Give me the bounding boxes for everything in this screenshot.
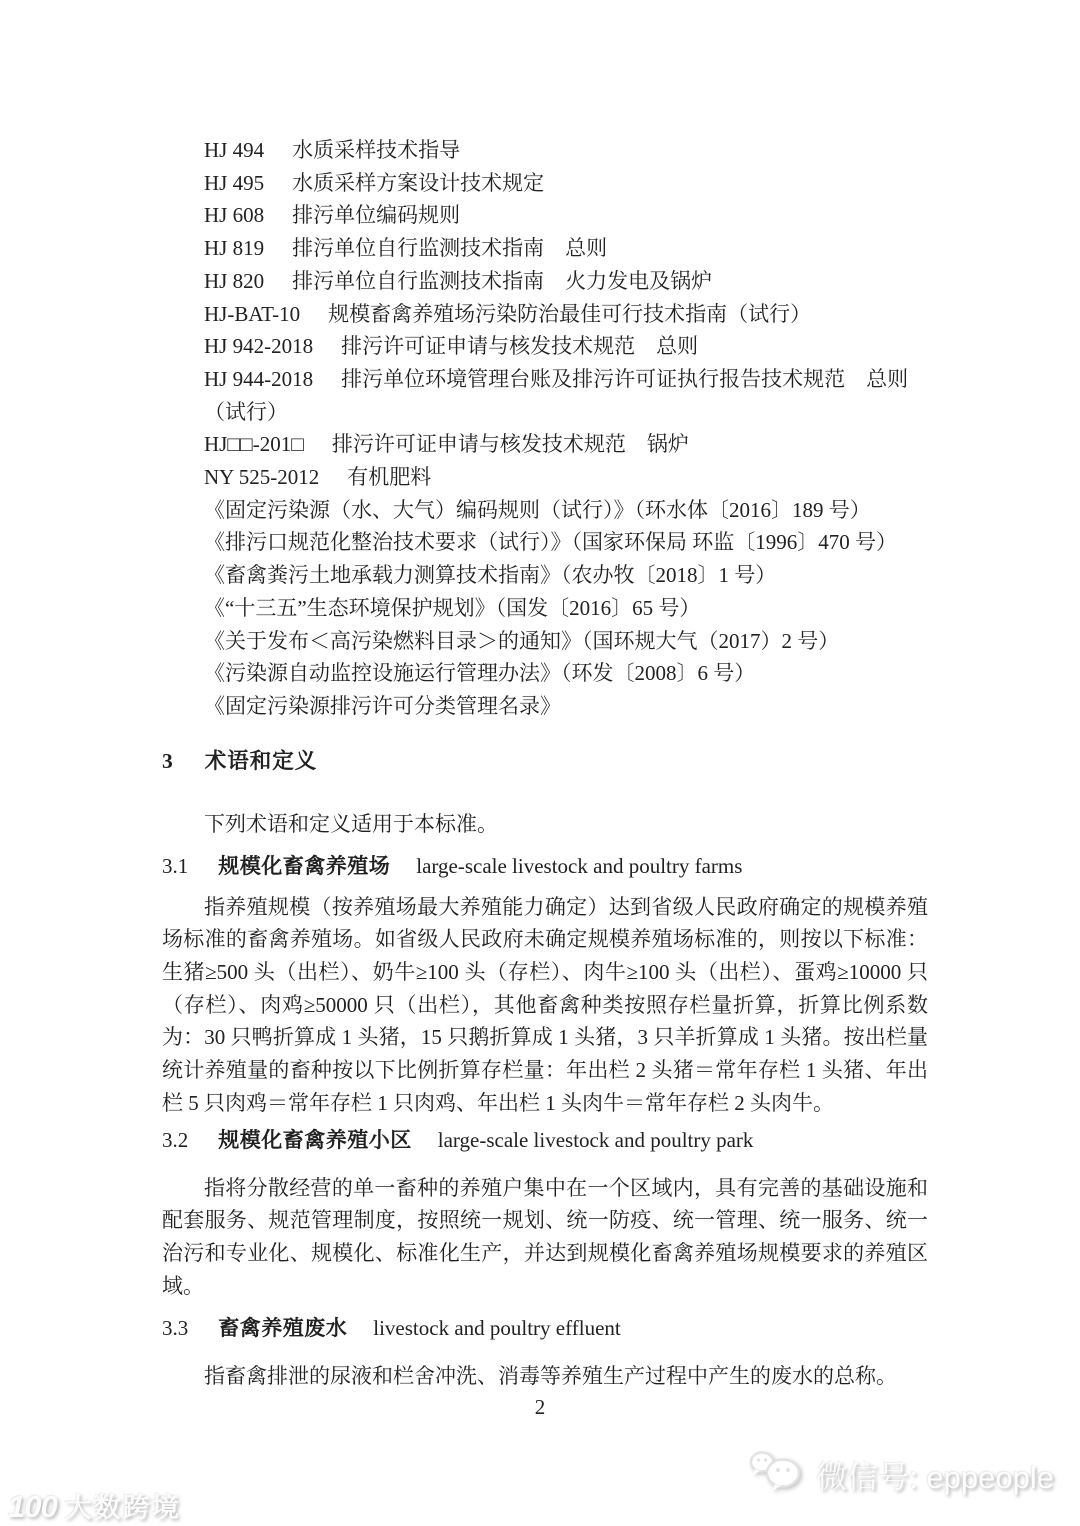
brand-logo-icon: 100 (8, 1489, 57, 1525)
term-name-en: livestock and poultry effluent (373, 1316, 620, 1340)
document-body: HJ 494水质采样技术指导 HJ 495水质采样方案设计技术规定 HJ 608… (162, 134, 928, 1393)
term-heading-3-2: 3.2规模化畜禽养殖小区large-scale livestock and po… (162, 1124, 928, 1157)
standard-title: 排污许可证申请与核发技术规范 锅炉 (332, 432, 689, 456)
standard-title: 排污单位编码规则 (292, 203, 460, 227)
list-item: HJ 494水质采样技术指导 (162, 134, 928, 167)
term-number: 3.3 (162, 1316, 188, 1340)
list-item: NY 525-2012有机肥料 (162, 461, 928, 494)
term-name-en: large-scale livestock and poultry park (438, 1128, 754, 1152)
term-name-zh: 规模化畜禽养殖场 (218, 855, 390, 878)
standard-code: HJ-BAT-10 (204, 302, 300, 326)
list-item: HJ-BAT-10规模畜禽养殖场污染防治最佳可行技术指南（试行） (162, 298, 928, 331)
term-definition-3-1: 指养殖规模（按养殖场最大养殖能力确定）达到省级人民政府确定的规模养殖场标准的畜禽… (162, 891, 928, 1120)
standard-title: 排污单位自行监测技术指南 总则 (292, 236, 607, 260)
list-item: 《固定污染源（水、大气）编码规则（试行）》（环水体〔2016〕189 号） (162, 494, 928, 527)
standard-code: HJ 944-2018 (204, 367, 313, 391)
wechat-icon (748, 1448, 804, 1500)
section-intro: 下列术语和定义适用于本标准。 (162, 808, 928, 841)
term-name-zh: 规模化畜禽养殖小区 (218, 1129, 412, 1152)
list-item: HJ 942-2018排污许可证申请与核发技术规范 总则 (162, 330, 928, 363)
standard-title: 排污许可证申请与核发技术规范 总则 (341, 334, 698, 358)
term-number: 3.1 (162, 854, 188, 878)
reference-documents-list: 《固定污染源（水、大气）编码规则（试行）》（环水体〔2016〕189 号） 《排… (162, 494, 928, 723)
list-item: HJ 495水质采样方案设计技术规定 (162, 167, 928, 200)
section-title: 术语和定义 (205, 749, 318, 773)
standard-code: HJ□□-201□ (204, 432, 304, 456)
section-heading: 3术语和定义 (162, 745, 928, 778)
standard-code: HJ 494 (204, 138, 264, 162)
wechat-id-label: 微信号: eppeople (816, 1452, 1054, 1497)
list-item: 《排污口规范化整治技术要求（试行）》（国家环保局 环监〔1996〕470 号） (162, 526, 928, 559)
list-item: 《污染源自动监控设施运行管理办法》（环发〔2008〕6 号） (162, 657, 928, 690)
standard-title: 水质采样方案设计技术规定 (292, 171, 544, 195)
wechat-watermark: 微信号: eppeople (748, 1448, 1054, 1500)
term-name-zh: 畜禽养殖废水 (218, 1317, 347, 1340)
standard-title: 规模畜禽养殖场污染防治最佳可行技术指南（试行） (328, 302, 811, 326)
term-definition-3-2: 指将分散经营的单一畜种的养殖户集中在一个区域内，具有完善的基础设施和配套服务、规… (162, 1172, 928, 1303)
term-heading-3-1: 3.1规模化畜禽养殖场large-scale livestock and pou… (162, 850, 928, 883)
standard-code: HJ 820 (204, 269, 264, 293)
list-item: 《关于发布＜高污染燃料目录＞的通知》（国环规大气（2017）2 号） (162, 625, 928, 658)
list-item: HJ□□-201□排污许可证申请与核发技术规范 锅炉 (162, 428, 928, 461)
list-item: HJ 820排污单位自行监测技术指南 火力发电及锅炉 (162, 265, 928, 298)
standard-title: 水质采样技术指导 (292, 138, 460, 162)
term-number: 3.2 (162, 1128, 188, 1152)
list-item: HJ 608排污单位编码规则 (162, 199, 928, 232)
standard-code: HJ 942-2018 (204, 334, 313, 358)
list-item: 《畜禽粪污土地承载力测算技术指南》（农办牧〔2018〕1 号） (162, 559, 928, 592)
standard-title: 排污单位自行监测技术指南 火力发电及锅炉 (292, 269, 712, 293)
list-item: HJ 944-2018排污单位环境管理台账及排污许可证执行报告技术规范 总则（试… (162, 363, 928, 428)
brand-watermark: 100 大数跨境 (8, 1486, 181, 1525)
standard-code: NY 525-2012 (204, 465, 319, 489)
list-item: HJ 819排污单位自行监测技术指南 总则 (162, 232, 928, 265)
standard-code: HJ 608 (204, 203, 264, 227)
standard-code: HJ 819 (204, 236, 264, 260)
term-definition-3-3: 指畜禽排泄的尿液和栏舍冲洗、消毒等养殖生产过程中产生的废水的总称。 (162, 1360, 928, 1393)
brand-name: 大数跨境 (65, 1486, 181, 1525)
list-item: 《“十三五”生态环境保护规划》（国发〔2016〕65 号） (162, 592, 928, 625)
page-number: 2 (0, 1392, 1080, 1422)
list-item: 《固定污染源排污许可分类管理名录》 (162, 690, 928, 723)
term-heading-3-3: 3.3畜禽养殖废水livestock and poultry effluent (162, 1312, 928, 1345)
standard-title: 有机肥料 (347, 465, 431, 489)
term-name-en: large-scale livestock and poultry farms (416, 854, 742, 878)
section-number: 3 (162, 749, 173, 773)
standard-code: HJ 495 (204, 171, 264, 195)
reference-standards-list: HJ 494水质采样技术指导 HJ 495水质采样方案设计技术规定 HJ 608… (162, 134, 928, 494)
